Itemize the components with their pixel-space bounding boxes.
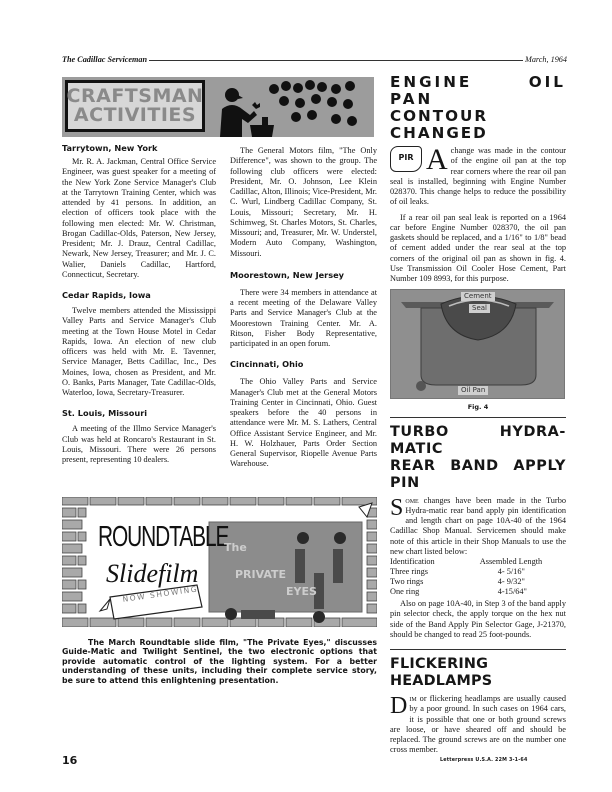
oil-pan-title-line2: CONTOUR CHANGED xyxy=(390,108,566,142)
roundtable-slidefilm-ad: ROUNDTABLE Slidefilm NOW SHOWING The PRI… xyxy=(62,497,377,627)
divider xyxy=(390,417,566,418)
slidefilm-caption: The March Roundtable slide film, "The Pr… xyxy=(62,638,377,685)
screen-title-the: The xyxy=(224,541,247,554)
section-heading-cedar-rapids: Cedar Rapids, Iowa xyxy=(62,290,216,301)
dropcap-s: S xyxy=(390,498,403,518)
column-left: Tarrytown, New York Mr. R. A. Jackman, C… xyxy=(62,143,216,465)
table-header: Assembled Length xyxy=(446,557,566,567)
st-louis-paragraph-1: A meeting of the Illmo Service Manager's… xyxy=(62,424,216,465)
turbo-title-line1: TURBO HYDRA-MATIC xyxy=(390,424,566,458)
oil-pan-paragraph-2: If a rear oil pan seal leak is reported … xyxy=(390,213,566,285)
printer-imprint: Letterpress U.S.A. 22M 3-1-64 xyxy=(440,758,528,763)
apply-pin-table: Identification Assembled Length Three ri… xyxy=(390,557,566,597)
turbo-paragraph-2: Also on page 10A-40, in Step 3 of the ba… xyxy=(390,599,566,640)
header-rule xyxy=(149,60,523,61)
lead-smallcaps: im xyxy=(409,694,416,703)
figure-caption: Fig. 4 xyxy=(390,402,566,412)
table-row: One ring 4-15/64" xyxy=(390,587,566,597)
table-cell: Three rings xyxy=(390,567,446,577)
banner-title-line2: ACTIVITIES xyxy=(74,106,196,125)
table-cell: 4- 5/16" xyxy=(446,567,566,577)
section-heading-moorestown: Moorestown, New Jersey xyxy=(230,270,377,281)
oil-pan-title-line1: ENGINE OIL PAN xyxy=(390,74,566,108)
table-cell: 4- 9/32" xyxy=(446,577,566,587)
table-header-row: Identification Assembled Length xyxy=(390,557,566,567)
section-heading-cincinnati: Cincinnati, Ohio xyxy=(230,359,377,370)
table-header: Identification xyxy=(390,557,446,567)
headlamps-title: FLICKERING HEADLAMPS xyxy=(390,656,566,690)
st-louis-paragraph-2: The General Motors film, "The Only Diffe… xyxy=(230,146,377,259)
page-number: 16 xyxy=(62,754,77,767)
lead-smallcaps: ome xyxy=(405,496,418,505)
running-head: The Cadillac Serviceman March, 1964 xyxy=(62,50,567,64)
turbo-title-line2: REAR BAND APPLY PIN xyxy=(390,458,566,492)
cincinnati-paragraph: The Ohio Valley Parts and Service Manage… xyxy=(230,377,377,469)
issue-date: March, 1964 xyxy=(525,55,567,64)
screen-title-eyes: EYES xyxy=(286,585,317,598)
oil-pan-figure: Cement Seal Oil Pan xyxy=(390,289,565,399)
column-right: ENGINE OIL PAN CONTOUR CHANGED PIR A cha… xyxy=(390,74,566,756)
craftsman-activities-banner: CRAFTSMAN ACTIVITIES xyxy=(62,77,374,137)
label-seal: Seal xyxy=(469,304,490,313)
table-cell: 4-15/64" xyxy=(446,587,566,597)
label-cement: Cement xyxy=(461,292,495,301)
tarrytown-paragraph: Mr. R. A. Jackman, Central Office Servic… xyxy=(62,157,216,280)
column-middle: The General Motors film, "The Only Diffe… xyxy=(230,146,377,470)
table-cell: One ring xyxy=(390,587,446,597)
banner-title-box: CRAFTSMAN ACTIVITIES xyxy=(65,80,205,132)
headlamps-paragraph: or flickering headlamps are usually caus… xyxy=(390,694,566,754)
speaker-audience-illustration-icon xyxy=(212,77,372,137)
label-oil-pan: Oil Pan xyxy=(458,386,488,395)
dropcap-d: D xyxy=(390,696,407,716)
dropcap-a: A xyxy=(426,148,448,172)
slidefilm-script-title: Slidefilm xyxy=(106,559,198,589)
table-cell: Two rings xyxy=(390,577,446,587)
section-heading-tarrytown: Tarrytown, New York xyxy=(62,143,216,154)
section-heading-st-louis: St. Louis, Missouri xyxy=(62,408,216,419)
slidefilm-caption-text: The March Roundtable slide film, "The Pr… xyxy=(62,638,377,685)
table-row: Three rings 4- 5/16" xyxy=(390,567,566,577)
table-row: Two rings 4- 9/32" xyxy=(390,577,566,587)
moorestown-paragraph: There were 34 members in attendance at a… xyxy=(230,288,377,350)
cedar-rapids-paragraph: Twelve members attended the Mississippi … xyxy=(62,306,216,398)
screen-title-private: PRIVATE xyxy=(235,568,286,581)
divider xyxy=(390,649,566,650)
roundtable-title: ROUNDTABLE xyxy=(98,521,228,554)
pir-map-badge-icon: PIR xyxy=(390,146,422,172)
publication-title: The Cadillac Serviceman xyxy=(62,55,147,64)
